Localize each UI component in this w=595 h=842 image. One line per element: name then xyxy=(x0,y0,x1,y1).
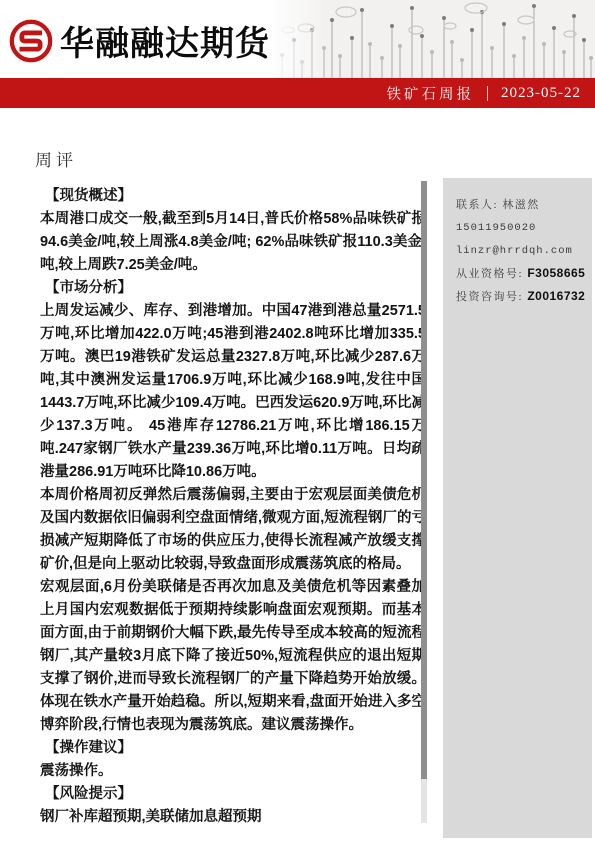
text-frame-scrollbar-track[interactable] xyxy=(421,779,427,823)
contact-sidebar: 联系人: 林滋然 15011950020 linzr@hrrdqh.com 从业… xyxy=(443,178,592,838)
report-paragraph: 震荡操作。 xyxy=(40,760,426,783)
company-logo-icon xyxy=(8,18,54,64)
section-heading: 【操作建议】 xyxy=(40,737,426,760)
qualification-number: F3058665 xyxy=(527,266,585,280)
section-heading: 【现货概述】 xyxy=(40,185,426,208)
contact-email-line: linzr@hrrdqh.com xyxy=(456,239,584,262)
report-title: 铁矿石周报 xyxy=(387,83,475,104)
section-heading: 【风险提示】 xyxy=(40,783,426,806)
report-paragraph: 钢厂补库超预期,美联储加息超预期 xyxy=(40,806,426,829)
contact-name: 林滋然 xyxy=(502,199,540,211)
page-title: 周评 xyxy=(35,146,77,171)
qualification-line: 从业资格号: F3058665 xyxy=(456,262,584,285)
contact-person-line: 联系人: 林滋然 xyxy=(456,194,584,216)
section-heading: 【市场分析】 xyxy=(40,277,426,300)
brand-block: 华融融达期货 xyxy=(8,16,270,65)
contact-email: linzr@hrrdqh.com xyxy=(456,245,573,257)
report-body: 【现货概述】本周港口成交一般,截至到5月14日,普氏价格58%品味铁矿报94.6… xyxy=(40,185,426,829)
company-name: 华融融达期货 xyxy=(60,16,270,65)
advisory-label: 投资咨询号: xyxy=(456,291,527,303)
report-paragraph: 宏观层面,6月份美联储是否再次加息及美债危机等因素叠加上月国内宏观数据低于预期持… xyxy=(40,576,426,737)
report-date: 2023-05-22 xyxy=(501,85,581,102)
report-paragraph: 本周价格周初反弹然后震荡偏弱,主要由于宏观层面美债危机及国内数据依旧偏弱利空盘面… xyxy=(40,484,426,576)
advisory-line: 投资咨询号: Z0016732 xyxy=(456,285,584,308)
decorative-pins-image xyxy=(270,0,595,78)
page-header: 华融融达期货 xyxy=(0,0,595,78)
contact-phone: 15011950020 xyxy=(456,222,536,234)
text-frame-scrollbar-thumb[interactable] xyxy=(421,181,427,779)
report-banner: 铁矿石周报 2023-05-22 xyxy=(0,78,595,108)
report-page: { "header": { "company_name": "华融融达期货", … xyxy=(0,0,595,842)
advisory-number: Z0016732 xyxy=(527,289,585,303)
report-paragraph: 上周发运减少、库存、到港增加。中国47港到港总量2571.5万吨,环比增加422… xyxy=(40,300,426,484)
banner-separator xyxy=(487,86,488,101)
report-paragraph: 本周港口成交一般,截至到5月14日,普氏价格58%品味铁矿报94.6美金/吨,较… xyxy=(40,208,426,277)
contact-label: 联系人: xyxy=(456,199,502,211)
contact-phone-line: 15011950020 xyxy=(456,216,584,239)
qualification-label: 从业资格号: xyxy=(456,268,527,280)
